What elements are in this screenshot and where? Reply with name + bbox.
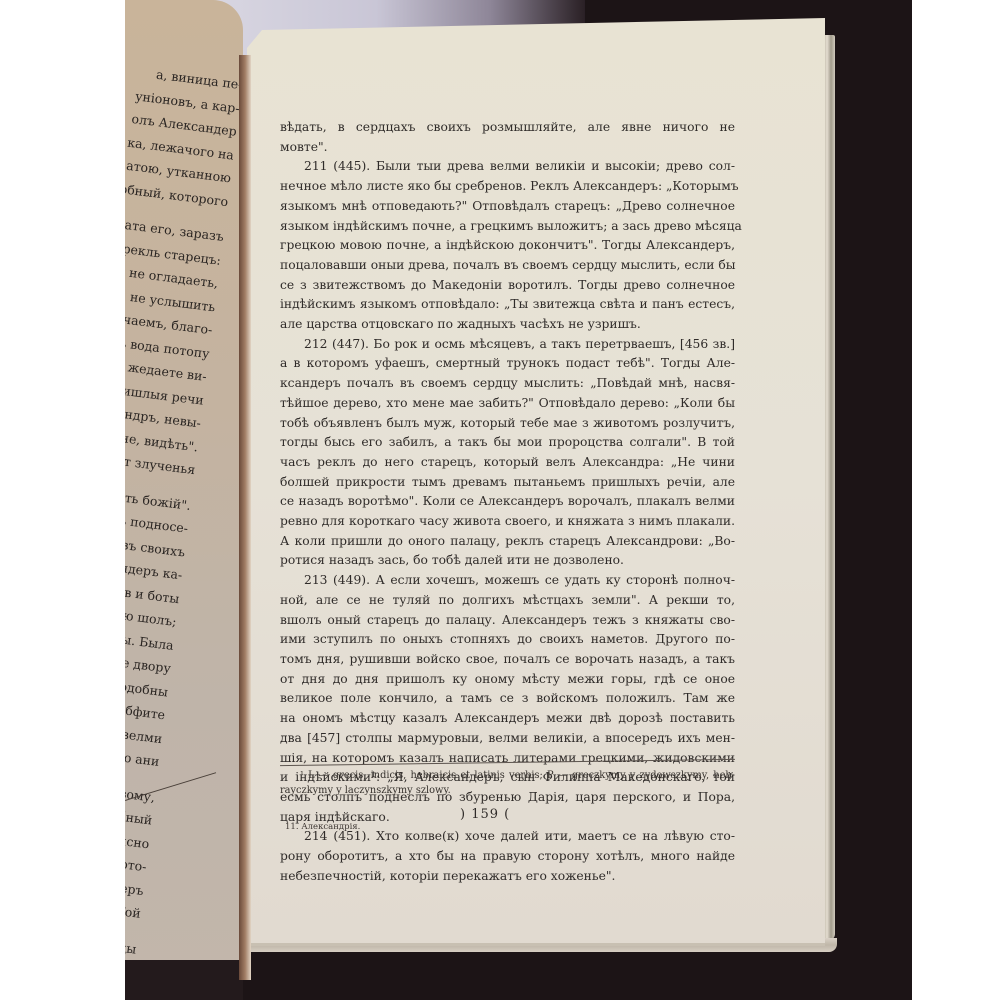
text-line: а в которомъ уфаешъ, смертный трунокъ по… — [280, 354, 735, 374]
text-line: нечное мѣло листе яко бы сребренов. Рекл… — [280, 177, 735, 197]
text-line: тѣйшое дерево, хто мене мае забить?" Отп… — [280, 394, 735, 414]
text-line: два [457] столпы мармуровыи, велми велик… — [280, 729, 735, 749]
text-line: шія, на которомъ казалъ написать литерам… — [280, 749, 735, 769]
text-line: небезпечностій, которіи перекажатъ его х… — [280, 867, 735, 887]
book-photo: а, виница пе-уніоновъ, а кар-олъ Алексан… — [125, 0, 912, 1000]
text-line: языком індѣйскимъ почне, а грецкимъ выло… — [280, 217, 735, 237]
text-line: ревно для короткаго часу живота своего, … — [280, 512, 735, 532]
table-surface — [125, 960, 243, 1000]
text-line: великое поле кончило, а тамъ се з войско… — [280, 689, 735, 709]
footnote-line: ¹ L — grecis, indicis, hebraicis et lati… — [280, 768, 735, 783]
text-line: мовте". — [280, 138, 735, 158]
left-page: а, виница пе-уніоновъ, а кар-олъ Алексан… — [125, 0, 243, 1000]
text-line: на ономъ мѣстцу казалъ Александеръ межи … — [280, 709, 735, 729]
text-line: ими зступилъ по оныхъ стопняхъ до своихъ… — [280, 630, 735, 650]
text-line: тобѣ объявленъ былъ муж, который тебе ма… — [280, 414, 735, 434]
text-line: поцаловавши оныи древа, почалъ въ своемъ… — [280, 256, 735, 276]
text-line: томъ дня, рушивши войско свое, почалъ се… — [280, 650, 735, 670]
text-line: ксандеръ почалъ въ своемъ сердцу мыслить… — [280, 374, 735, 394]
text-line: вшолъ оный старецъ до палацу. Александер… — [280, 611, 735, 631]
text-line: вѣдать, в сердцахъ своихъ розмышляйте, а… — [280, 118, 735, 138]
text-line: се з звитежствомъ до Македоніи воротилъ.… — [280, 276, 735, 296]
text-line: А коли пришли до оного палацу, реклъ ста… — [280, 532, 735, 552]
text-line: індѣйскимъ языкомъ отповѣдало: „Ты звите… — [280, 295, 735, 315]
footnote: ¹ L — grecis, indicis, hebraicis et lati… — [280, 768, 735, 798]
text-line: часъ реклъ до него старецъ, который велъ… — [280, 453, 735, 473]
printer-signature: 11. Александрія. — [285, 822, 360, 832]
page-number: ) 159 ( — [460, 807, 510, 822]
text-line: 211 (445). Были тыи древа велми великіи … — [280, 157, 735, 177]
text-line: ротися назадъ зась, бо тобѣ далей ити не… — [280, 551, 735, 571]
text-line: рону оборотитъ, а хто бы на правую сторо… — [280, 847, 735, 867]
text-line: ной, але се не туляй по долгихъ мѣстцахъ… — [280, 591, 735, 611]
left-page-text: а, виница пе-уніоновъ, а кар-олъ Алексан… — [125, 55, 243, 984]
text-line: языкомъ мнѣ отповедають?" Отповѣдалъ ста… — [280, 197, 735, 217]
text-line: от дня до дня пришолъ ку оному мѣсту меж… — [280, 670, 735, 690]
text-line: грецкою мовою почне, а індѣйскою докончи… — [280, 236, 735, 256]
text-line: 212 (447). Бо рок и осмь мѣсяцевъ, а так… — [280, 335, 735, 355]
footnote-line: rayczkymy y laczynszkymy szlowy. — [280, 783, 735, 798]
book-gutter — [239, 55, 251, 980]
text-line: але царства отцовскаго по жадныхъ часѣхъ… — [280, 315, 735, 335]
text-line: се назадъ воротѣмо". Коли се Александеръ… — [280, 492, 735, 512]
text-line: тогды бысь его забилъ, а такъ бы мои про… — [280, 433, 735, 453]
text-line: болшей прикрости тымъ древамъ пытаньемъ … — [280, 473, 735, 493]
text-line: 213 (449). А если хочешъ, можешъ се удат… — [280, 571, 735, 591]
